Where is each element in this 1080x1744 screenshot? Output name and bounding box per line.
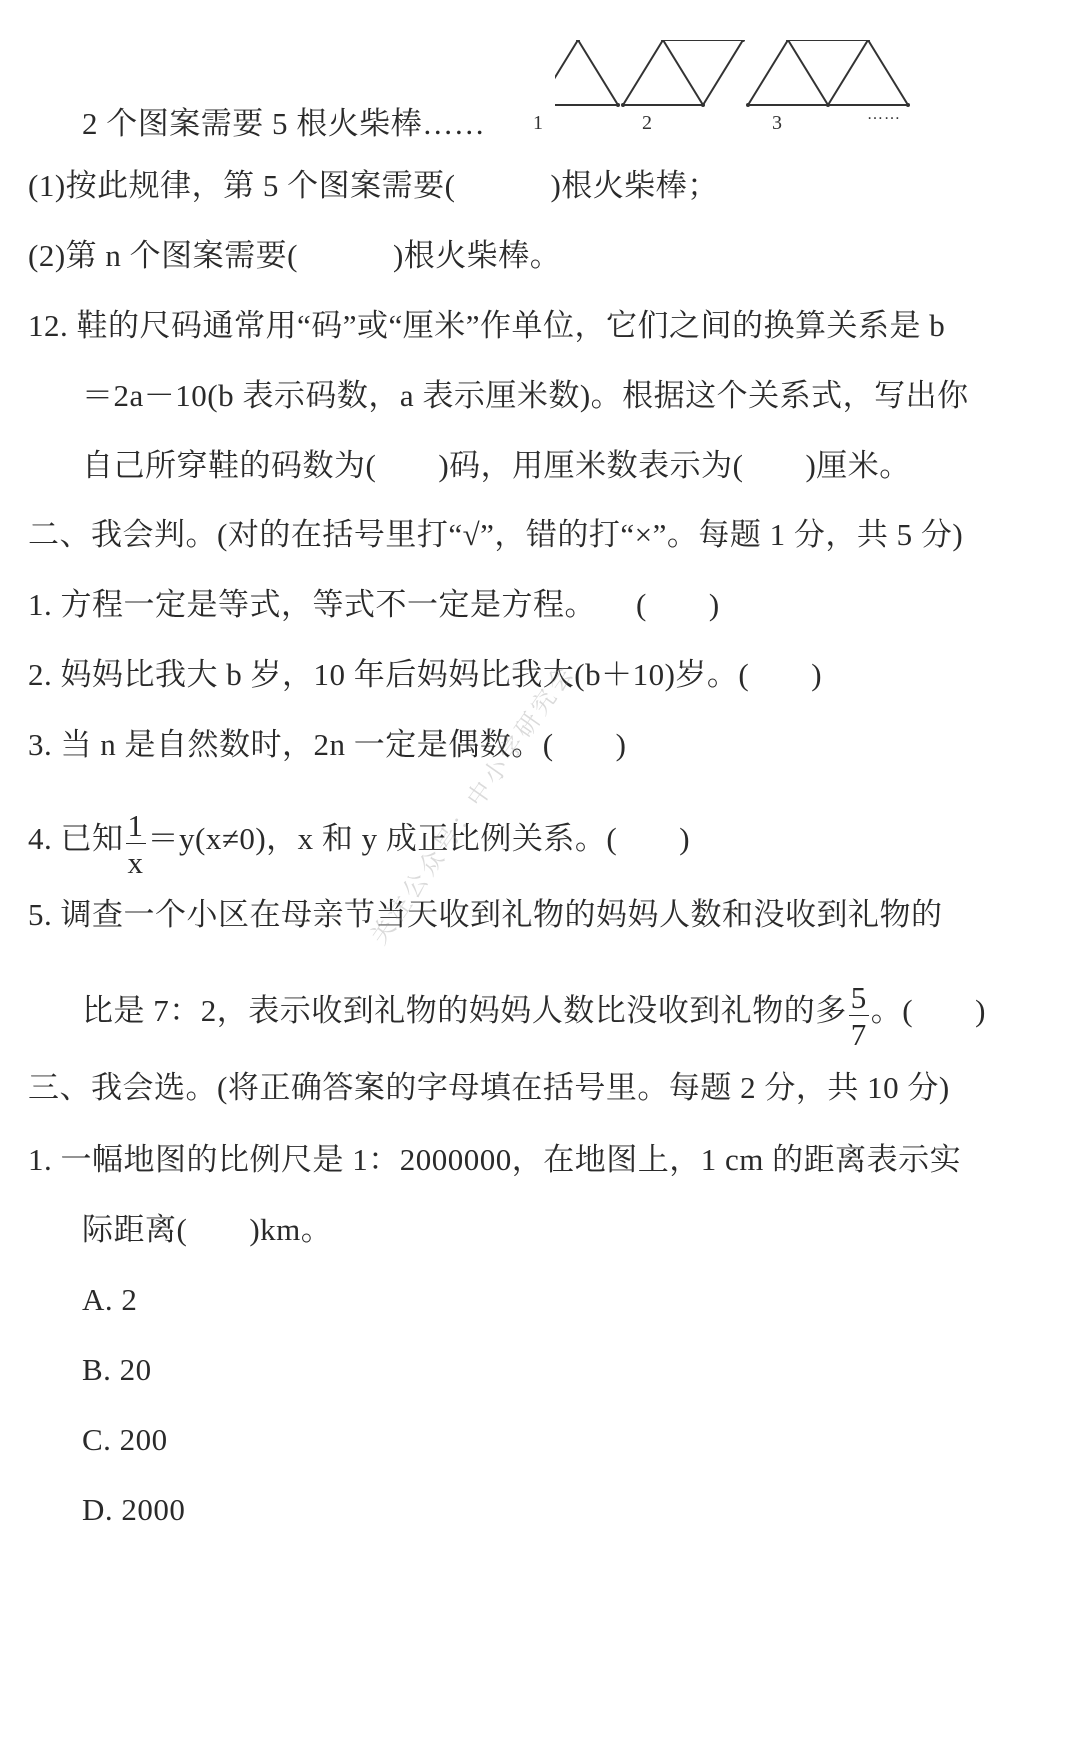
section3-heading: 三、我会选。(将正确答案的字母填在括号里。每题 2 分，共 10 分) (28, 1068, 950, 1108)
judge-item-4: 4. 已知1x＝y(x≠0)，x 和 y 成正比例关系。() (28, 808, 690, 876)
fraction-5-over-7: 57 (849, 982, 869, 1050)
section2-heading: 二、我会判。(对的在括号里打“√”，错的打“×”。每题 1 分，共 5 分) (28, 515, 963, 555)
q11-part1: (1)按此规律，第 5 个图案需要()根火柴棒； (28, 166, 719, 206)
matchstick-figures: 1 2 3 …… (555, 40, 1055, 150)
judge-item-5-line2: 比是 7：2，表示收到礼物的妈妈人数比没收到礼物的多57。() (82, 980, 986, 1048)
intro-line: 2 个图案需要 5 根火柴棒…… (82, 104, 485, 144)
fraction-1-over-x: 1x (126, 810, 146, 878)
figure-label-2: 2 (642, 112, 652, 135)
option-d[interactable]: D. 2000 (82, 1490, 185, 1530)
option-b[interactable]: B. 20 (82, 1350, 152, 1390)
q12-line3: 自己所穿鞋的码数为()码，用厘米数表示为()厘米。 (82, 446, 911, 486)
triangle-pattern-diagram (555, 40, 1055, 120)
judge-item-2: 2. 妈妈比我大 b 岁，10 年后妈妈比我大(b＋10)岁。() (28, 655, 822, 695)
option-a[interactable]: A. 2 (82, 1280, 137, 1320)
q12-line1: 12. 鞋的尺码通常用“码”或“厘米”作单位，它们之间的换算关系是 b (28, 306, 945, 346)
q12-line2: ＝2a－10(b 表示码数，a 表示厘米数)。根据这个关系式，写出你 (82, 376, 969, 416)
judge-item-5-line1: 5. 调查一个小区在母亲节当天收到礼物的妈妈人数和没收到礼物的 (28, 895, 943, 935)
choice-q1-line1: 1. 一幅地图的比例尺是 1：2000000，在地图上，1 cm 的距离表示实 (28, 1140, 961, 1180)
figure-label-1: 1 (533, 112, 543, 135)
figure-label-3: 3 (772, 112, 782, 135)
judge-item-1: 1. 方程一定是等式，等式不一定是方程。() (28, 585, 720, 625)
figure-ellipsis: …… (867, 106, 901, 124)
q11-part2: (2)第 n 个图案需要()根火柴棒。 (28, 236, 561, 276)
option-c[interactable]: C. 200 (82, 1420, 168, 1460)
choice-q1-line2: 际距离()km。 (82, 1210, 332, 1250)
